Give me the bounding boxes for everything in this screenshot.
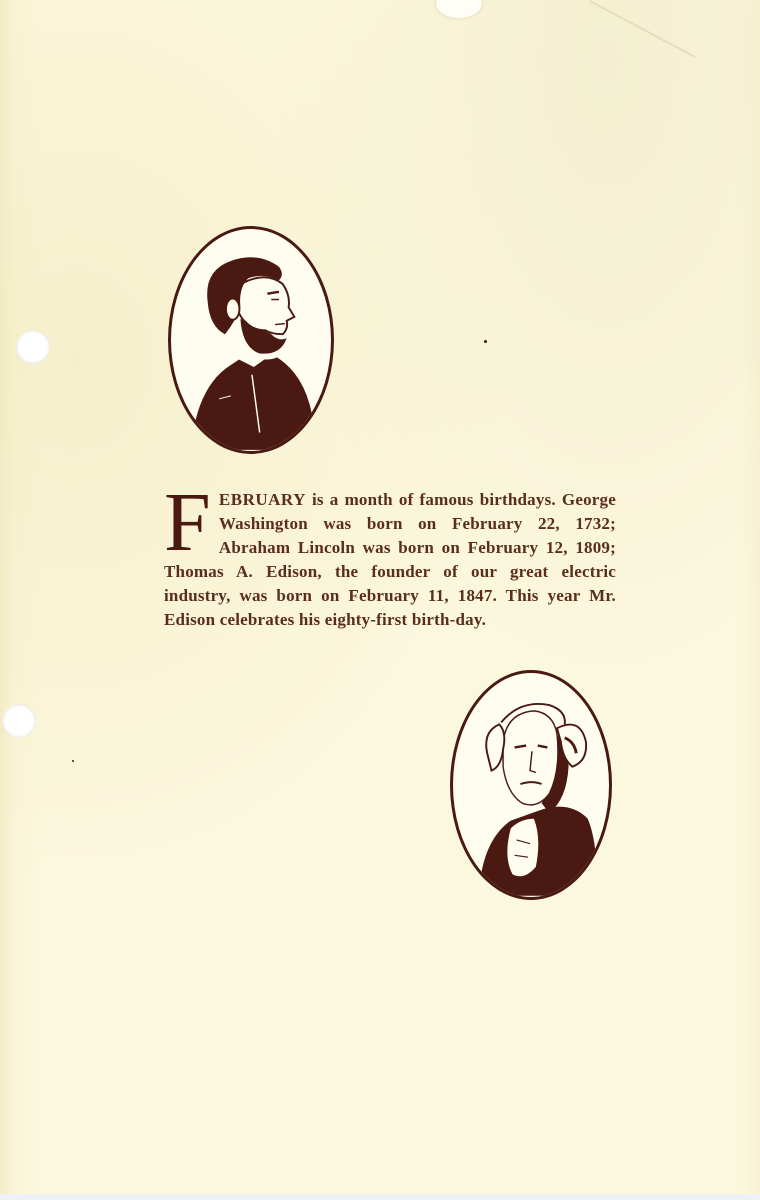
drop-cap: F bbox=[164, 488, 211, 554]
article-lead-word: EBRUARY bbox=[219, 490, 306, 509]
ink-speck bbox=[484, 340, 487, 343]
article-body: is a month of famous birthdays. George W… bbox=[164, 490, 616, 629]
paper-fold-line bbox=[589, 0, 696, 58]
washington-engraving-icon bbox=[453, 673, 609, 897]
lincoln-portrait bbox=[168, 226, 334, 454]
ink-speck bbox=[72, 760, 74, 762]
article-paragraph: FEBRUARY is a month of famous birthdays.… bbox=[164, 488, 616, 632]
scan-bottom-edge bbox=[0, 1194, 760, 1200]
washington-portrait bbox=[450, 670, 612, 900]
lincoln-engraving-icon bbox=[171, 229, 331, 451]
punch-hole-middle bbox=[2, 704, 36, 738]
paper-page: FEBRUARY is a month of famous birthdays.… bbox=[0, 0, 760, 1200]
paper-tear bbox=[436, 0, 482, 18]
punch-hole-top bbox=[16, 330, 50, 364]
